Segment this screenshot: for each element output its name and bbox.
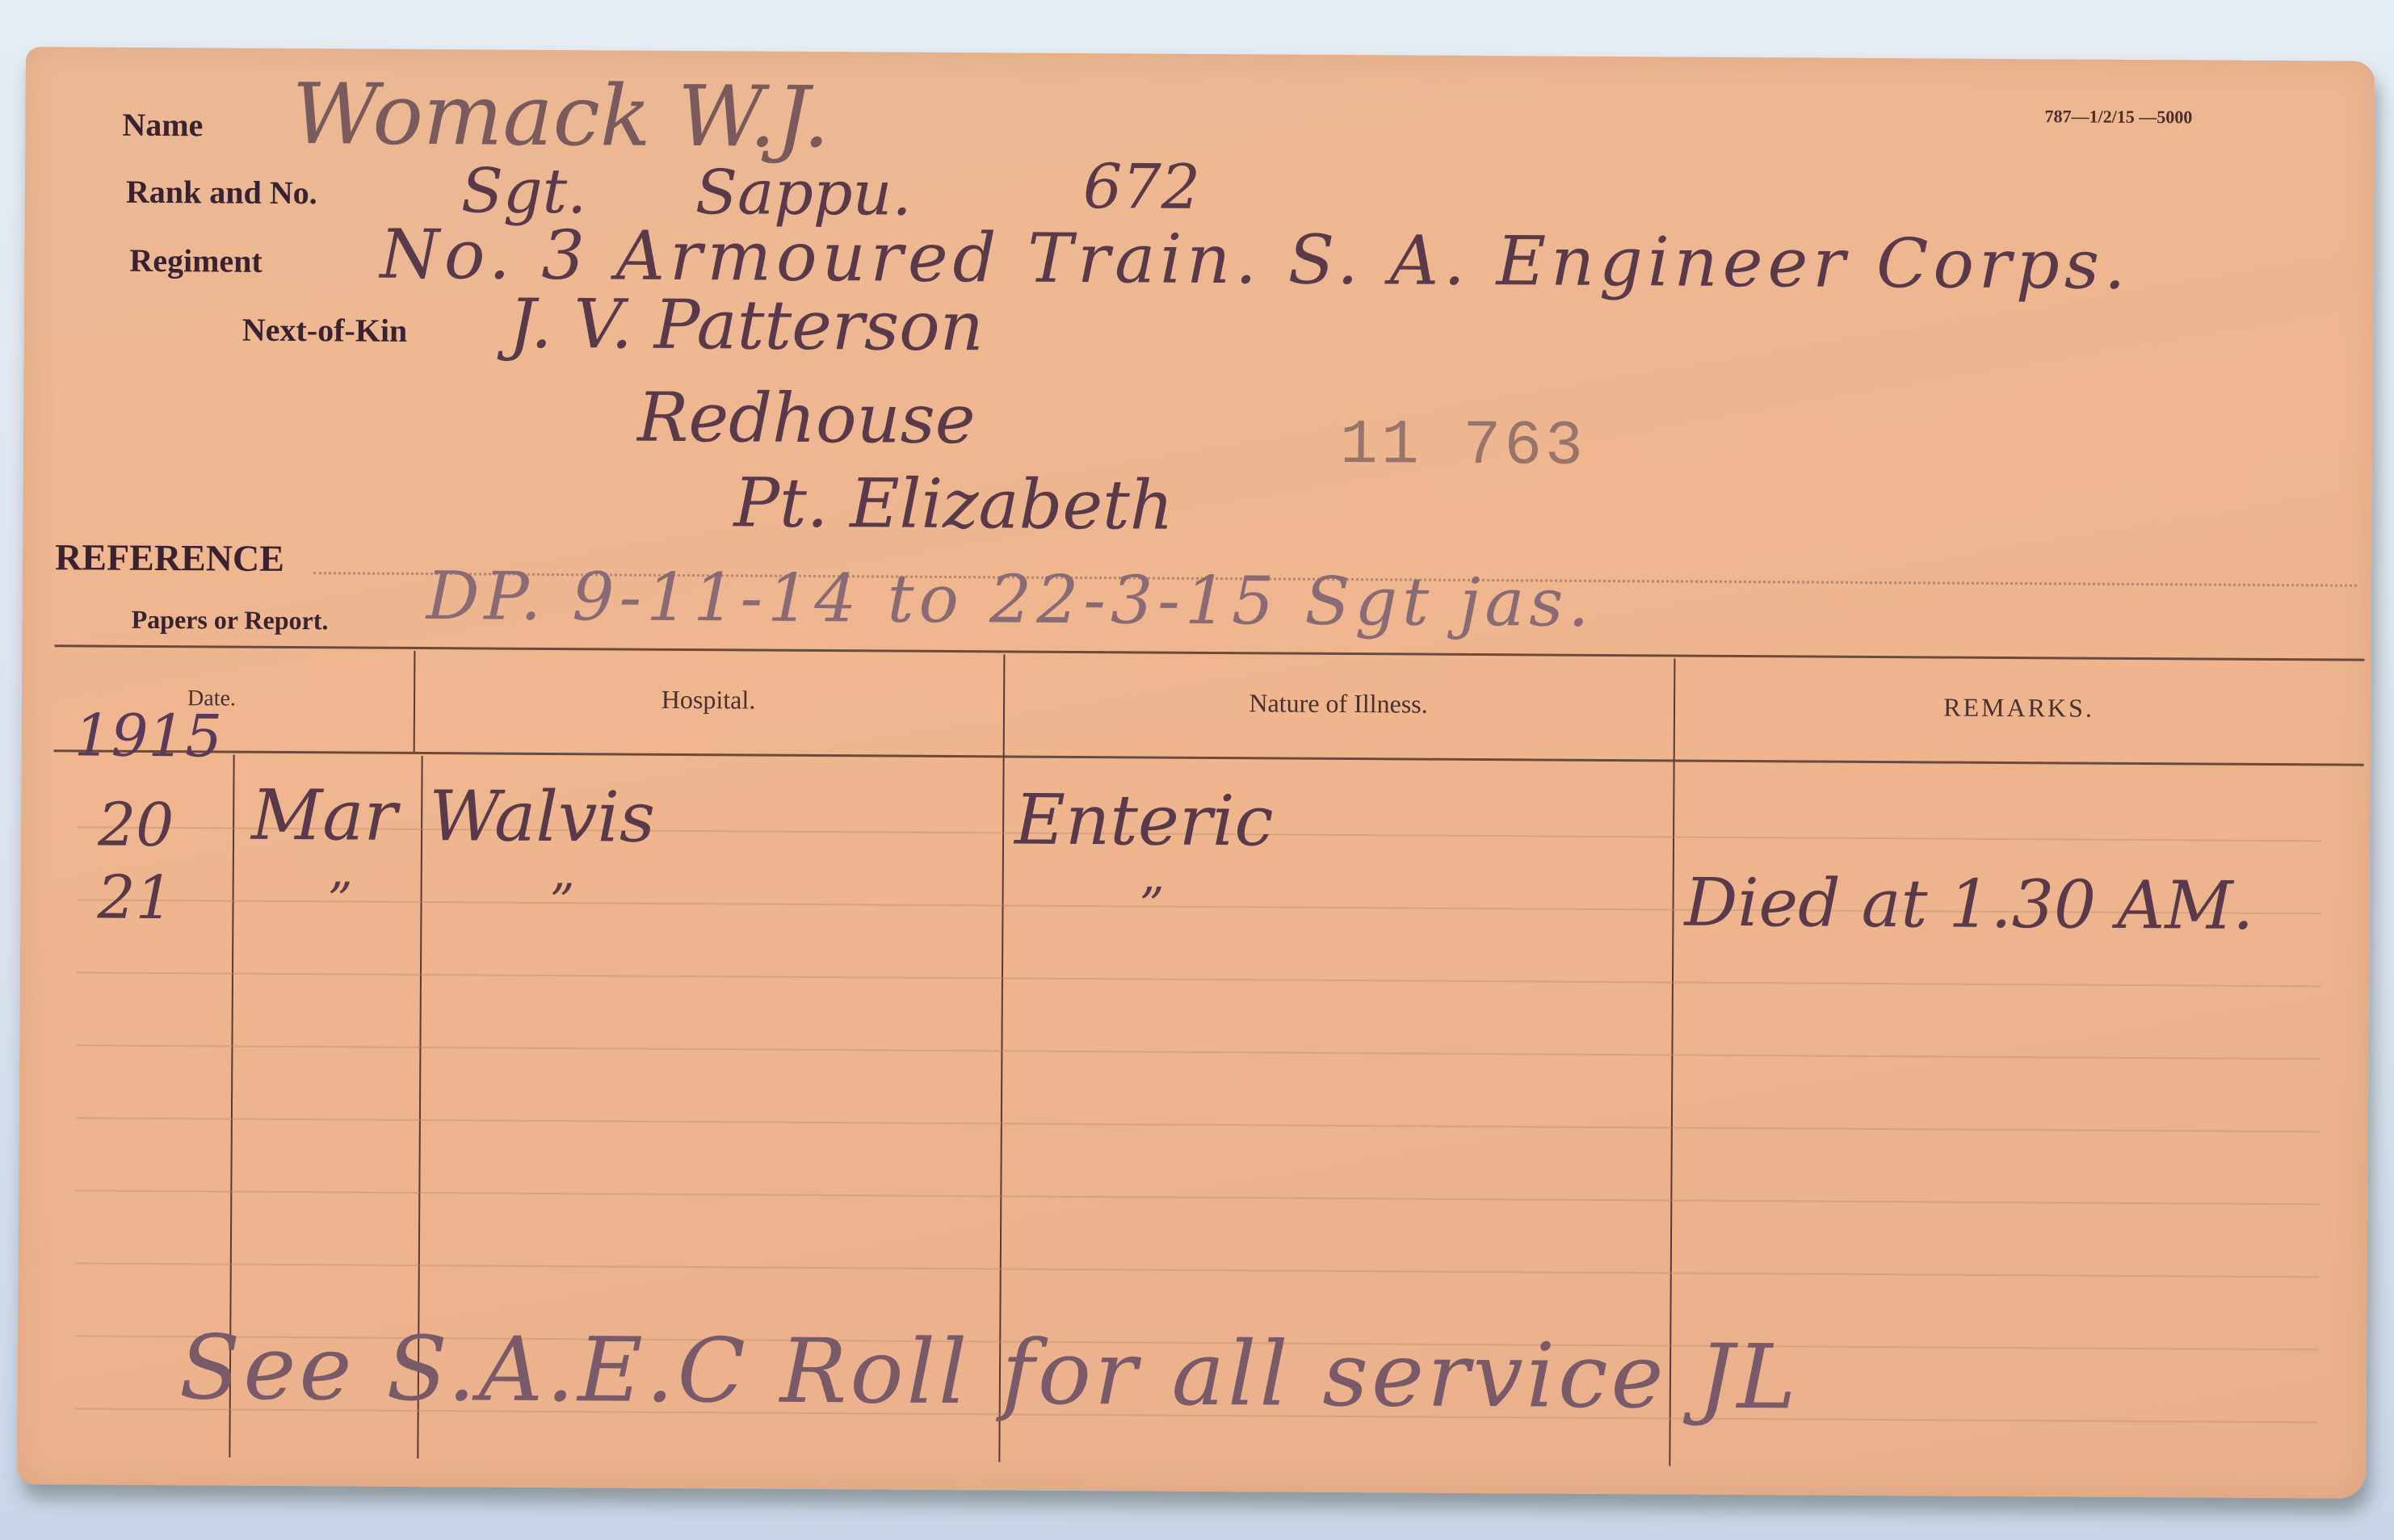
regiment-label: Regiment [129,241,262,280]
row2-day: 21 [97,863,174,934]
hospital-record-card: 787—1/2/15 —5000 Name Womack W.J. Rank a… [17,47,2375,1499]
ruled-line [75,1190,2319,1205]
year-value: 1915 [74,701,223,770]
header-remarks: REMARKS. [1674,690,2364,724]
ruled-line [76,1117,2320,1132]
papers-label: Papers or Report. [132,605,329,636]
row2-hospital-ditto: ” [549,874,574,930]
form-code: 787—1/2/15 —5000 [2044,106,2192,128]
header-illness: Nature of Illness. [1003,686,1674,720]
table-header-rule [54,749,2364,766]
table-top-rule [54,644,2364,661]
reference-label: REFERENCE [55,535,284,580]
header-hospital: Hospital. [414,683,1003,716]
ruled-line [77,971,2320,987]
row1-hospital: Walvis [429,776,656,858]
stamped-record-number: 11 763 [1340,410,1586,483]
ruled-line [76,1044,2320,1060]
next-of-kin-address-line1: Redhouse [637,378,976,459]
row2-month-ditto: ” [327,872,352,929]
name-value: Womack W.J. [292,65,830,166]
footer-note: See S.A.E.C Roll for all service JL [179,1316,1800,1429]
row2-illness-ditto: ” [1139,877,1164,934]
row2-remarks: Died at 1.30 AM. [1684,865,2253,945]
row1-month: Mar [251,775,397,857]
rank-label: Rank and No. [126,173,317,212]
row1-day: 20 [98,791,174,861]
name-label: Name [122,106,203,145]
next-of-kin-label: Next-of-Kin [242,311,408,350]
next-of-kin-address-line2: Pt. Elizabeth [733,463,1174,544]
ruled-line [75,1262,2319,1278]
reference-value: DP. 9-11-14 to 22-3-15 Sgt jas. [426,558,1594,642]
row1-illness: Enteric [1014,779,1274,862]
next-of-kin-name: J. V. Patterson [509,284,985,367]
service-number: 672 [1083,150,1201,223]
